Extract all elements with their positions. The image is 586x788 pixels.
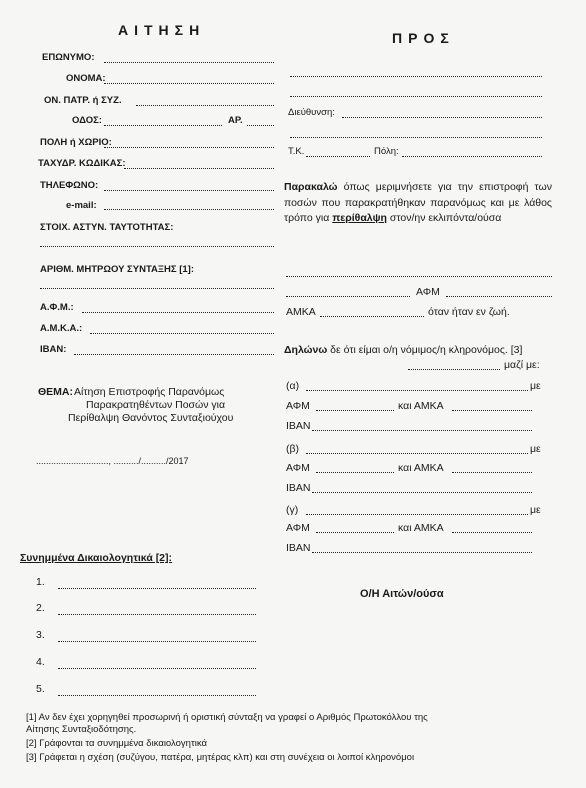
deceased-extra-field[interactable] xyxy=(286,296,410,297)
address-line-2[interactable] xyxy=(290,137,542,138)
heir-a-amka-field[interactable] xyxy=(452,410,532,411)
recipient-city-field[interactable] xyxy=(402,156,542,157)
attachment-4-field[interactable] xyxy=(58,668,256,669)
heir-b-amka-label: και ΑΜΚΑ xyxy=(398,462,444,474)
postal-code-field[interactable] xyxy=(124,168,274,169)
attachment-2-field[interactable] xyxy=(58,614,256,615)
address-field[interactable] xyxy=(342,117,542,118)
father-spouse-name-label: ΟΝ. ΠΑΤΡ. ή ΣΥΖ. xyxy=(44,95,122,106)
date-place-field[interactable]: ............................., .........… xyxy=(36,456,189,466)
street-label: ΟΔΟΣ: xyxy=(72,115,102,126)
heirs-relation-field[interactable] xyxy=(408,369,500,370)
recipient-title: ΠΡΟΣ xyxy=(392,30,455,46)
attachment-3-field[interactable] xyxy=(58,641,256,642)
heir-b-iban-field[interactable] xyxy=(312,492,532,493)
attachment-1-field[interactable] xyxy=(58,588,256,589)
heir-b-letter: (β) xyxy=(286,443,299,455)
firstname-field[interactable] xyxy=(104,83,274,84)
city-village-field[interactable] xyxy=(104,147,274,148)
heir-a-amka-label: και ΑΜΚΑ xyxy=(398,400,444,412)
iban-field[interactable] xyxy=(74,354,274,355)
heir-c-amka-field[interactable] xyxy=(452,532,532,533)
street-number-label: ΑΡ. xyxy=(228,115,243,126)
heir-a-iban-label: IBAN xyxy=(286,420,311,432)
heir-b-name-field[interactable] xyxy=(306,453,528,454)
recipient-line-1[interactable] xyxy=(290,76,542,77)
attachment-5-number: 5. xyxy=(36,683,45,695)
postal-code-label: ΤΑΧΥΔΡ. ΚΩΔΙΚΑΣ: xyxy=(38,158,126,169)
heir-b-with: με xyxy=(530,443,541,455)
amka-field[interactable] xyxy=(90,333,274,334)
afm-field[interactable] xyxy=(82,312,274,313)
request-paragraph: Παρακαλώ όπως μεριμνήσετε για την επιστρ… xyxy=(284,180,552,227)
heir-a-afm-label: ΑΦΜ xyxy=(286,400,310,412)
amka-label: Α.Μ.Κ.Α.: xyxy=(40,323,82,334)
deceased-amka-field[interactable] xyxy=(320,316,424,317)
attachment-2-number: 2. xyxy=(36,602,45,614)
iban-label: IBAN: xyxy=(40,344,66,355)
attachments-title: Συνημμένα Δικαιολογητικά [2]: xyxy=(20,552,172,564)
request-bold: Παρακαλώ xyxy=(284,181,338,193)
father-spouse-name-field[interactable] xyxy=(136,105,274,106)
request-underlined: περίθαλψη xyxy=(332,212,387,224)
firstname-label: ΟΝΟΜΑ: xyxy=(66,73,106,84)
pension-registry-label: ΑΡΙΘΜ. ΜΗΤΡΩΟΥ ΣΥΝΤΑΞΗΣ [1]: xyxy=(40,264,194,275)
declare-text: δε ότι είμαι ο/η νόμιμος/η κληρονόμος. [… xyxy=(327,344,522,356)
surname-label: ΕΠΩΝΥΜΟ: xyxy=(42,52,94,63)
heir-b-iban-label: IBAN xyxy=(286,482,311,494)
deceased-afm-field[interactable] xyxy=(446,296,552,297)
email-label: e-mail: xyxy=(66,200,97,211)
form-title: ΑΙΤΗΣΗ xyxy=(118,22,205,38)
email-field[interactable] xyxy=(104,209,274,210)
surname-field[interactable] xyxy=(104,62,274,63)
heir-c-afm-label: ΑΦΜ xyxy=(286,522,310,534)
phone-label: ΤΗΛΕΦΩΝΟ: xyxy=(40,180,98,191)
heir-a-name-field[interactable] xyxy=(306,390,528,391)
postal-code-recipient-field[interactable] xyxy=(306,156,370,157)
heir-c-letter: (γ) xyxy=(286,504,298,516)
phone-field[interactable] xyxy=(104,190,274,191)
heir-c-name-field[interactable] xyxy=(306,514,528,515)
declare-bold: Δηλώνω xyxy=(284,344,327,356)
address-label: Διεύθυνση: xyxy=(288,107,335,118)
heir-b-afm-label: ΑΦΜ xyxy=(286,462,310,474)
deceased-afm-label: ΑΦΜ xyxy=(416,286,440,298)
signature-label: Ο/Η Αιτών/ούσα xyxy=(360,588,444,600)
heir-a-afm-field[interactable] xyxy=(316,410,394,411)
together-with-label: μαζί με: xyxy=(504,359,540,371)
declaration-paragraph: Δηλώνω δε ότι είμαι ο/η νόμιμος/η κληρον… xyxy=(284,343,552,359)
attachment-5-field[interactable] xyxy=(58,695,256,696)
id-card-field[interactable] xyxy=(40,246,274,247)
attachment-3-number: 3. xyxy=(36,629,45,641)
heir-c-iban-label: IBAN xyxy=(286,542,311,554)
subject-line-2: Παρακρατηθέντων Ποσών για xyxy=(86,399,225,412)
heir-b-afm-field[interactable] xyxy=(316,472,394,473)
footnote-2: [2] Γράφονται τα συνημμένα δικαιολογητικ… xyxy=(26,738,207,751)
heir-a-letter: (α) xyxy=(286,380,299,392)
afm-label: Α.Φ.Μ.: xyxy=(40,302,74,313)
heir-c-amka-label: και ΑΜΚΑ xyxy=(398,522,444,534)
pension-registry-field[interactable] xyxy=(40,288,274,289)
subject-label: ΘΕΜΑ: xyxy=(38,386,73,399)
when-alive-text: όταν ήταν εν ζωή. xyxy=(428,306,510,318)
heir-c-iban-field[interactable] xyxy=(312,552,532,553)
deceased-amka-label: ΑΜΚΑ xyxy=(286,306,316,318)
attachment-4-number: 4. xyxy=(36,656,45,668)
subject-line-3: Περίθαλψη Θανόντος Συνταξιούχου xyxy=(68,412,233,425)
footnote-1: [1] Αν δεν έχει χορηγηθεί προσωρινή ή ορ… xyxy=(26,712,428,725)
recipient-city-label: Πόλη: xyxy=(374,146,399,157)
postal-code-recipient-label: Τ.Κ. xyxy=(288,146,304,157)
id-card-label: ΣΤΟΙΧ. ΑΣΤΥΝ. ΤΑΥΤΟΤΗΤΑΣ: xyxy=(40,222,173,233)
subject-line-1: Αίτηση Επιστροφής Παρανόμως xyxy=(74,386,224,399)
heir-b-amka-field[interactable] xyxy=(452,472,532,473)
heir-c-with: με xyxy=(530,504,541,516)
street-number-field[interactable] xyxy=(247,125,274,126)
heir-a-with: με xyxy=(530,380,541,392)
city-village-label: ΠΟΛΗ ή ΧΩΡΙΟ: xyxy=(40,137,112,148)
recipient-line-2[interactable] xyxy=(290,96,542,97)
street-field[interactable] xyxy=(104,125,222,126)
heir-c-afm-field[interactable] xyxy=(316,532,394,533)
footnote-3: [3] Γράφεται η σχέση (συζύγου, πατέρα, μ… xyxy=(26,752,414,765)
attachment-1-number: 1. xyxy=(36,576,45,588)
application-form-page: ΑΙΤΗΣΗ ΕΠΩΝΥΜΟ: ΟΝΟΜΑ: ΟΝ. ΠΑΤΡ. ή ΣΥΖ. … xyxy=(0,0,586,788)
footnote-1-cont: Αίτησης Συνταξιοδότησης. xyxy=(26,724,136,737)
request-tail: στον/ην εκλιπόντα/ούσα xyxy=(387,212,501,224)
heir-a-iban-field[interactable] xyxy=(312,430,532,431)
deceased-name-field[interactable] xyxy=(286,276,552,277)
